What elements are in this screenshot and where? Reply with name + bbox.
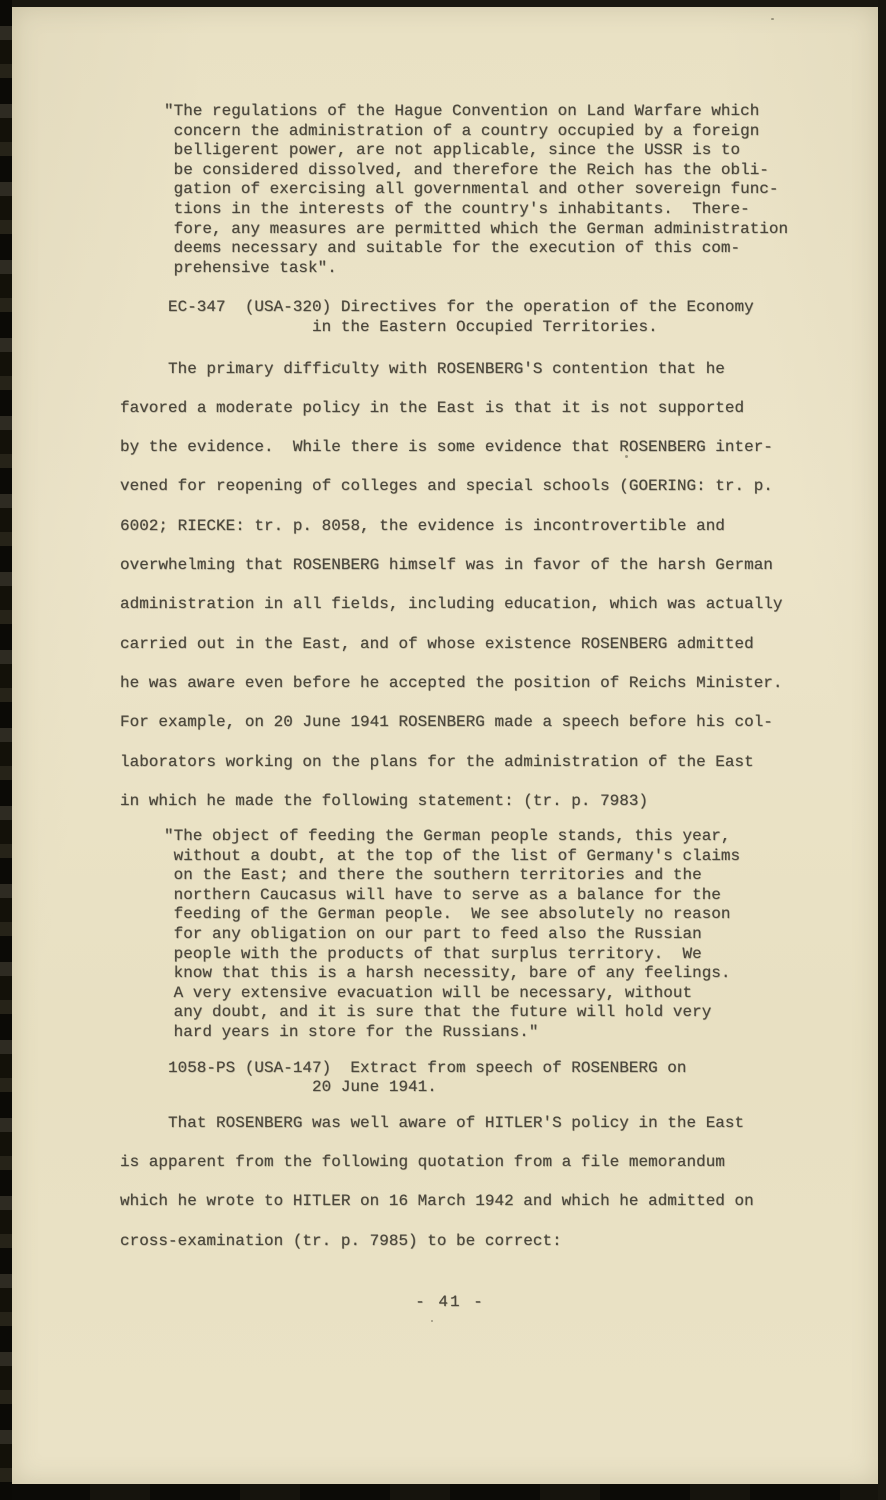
scan-edge-right [878, 0, 886, 1500]
scan-edge-top [0, 0, 886, 7]
rosenberg-speech-quote-line: feeding of the German people. We see abs… [164, 905, 810, 925]
rosenberg-speech-quote-line: know that this is a harsh necessity, bar… [164, 964, 810, 984]
hague-convention-quote-line: fore, any measures are permitted which t… [164, 220, 810, 240]
rosenberg-speech-quote-line: without a doubt, at the top of the list … [164, 847, 810, 867]
rosenberg-speech-quote-line: hard years in store for the Russians." [164, 1023, 810, 1043]
rosenberg-contention-paragraph-line: favored a moderate policy in the East is… [120, 389, 810, 428]
rosenberg-contention-paragraph-line: by the evidence. While there is some evi… [120, 428, 810, 467]
rosenberg-speech-quote-line: any doubt, and it is sure that the futur… [164, 1003, 810, 1023]
hague-convention-quote-line: tions in the interests of the country's … [164, 200, 810, 220]
typewritten-text-column: "The regulations of the Hague Convention… [120, 6, 810, 1313]
citation-ec-347-line: in the Eastern Occupied Territories. [168, 318, 810, 338]
hague-convention-quote: "The regulations of the Hague Convention… [164, 102, 810, 278]
citation-1058-ps-line: 1058-PS (USA-147) Extract from speech of… [168, 1059, 810, 1079]
rosenberg-contention-paragraph-line: The primary difficulty with ROSENBERG'S … [120, 350, 810, 389]
document-blocks: "The regulations of the Hague Convention… [120, 102, 810, 1261]
citation-ec-347-line: EC-347 (USA-320) Directives for the oper… [168, 298, 810, 318]
rosenberg-speech-quote: "The object of feeding the German people… [164, 827, 810, 1043]
citation-1058-ps: 1058-PS (USA-147) Extract from speech of… [168, 1059, 810, 1098]
rosenberg-contention-paragraph-line: administration in all fields, including … [120, 585, 810, 624]
rosenberg-contention-paragraph-line: laborators working on the plans for the … [120, 743, 810, 782]
scan-edge-left [0, 0, 12, 1500]
rosenberg-contention-paragraph-line: vened for reopening of colleges and spec… [120, 467, 810, 506]
hitler-policy-paragraph-line: which he wrote to HITLER on 16 March 194… [120, 1182, 810, 1221]
rosenberg-speech-quote-line: on the East; and there the southern terr… [164, 866, 810, 886]
document-page: "The regulations of the Hague Convention… [11, 6, 879, 1484]
scan-edge-bottom [0, 1484, 886, 1500]
hague-convention-quote-line: "The regulations of the Hague Convention… [164, 102, 810, 122]
rosenberg-contention-paragraph-line: For example, on 20 June 1941 ROSENBERG m… [120, 703, 810, 742]
hague-convention-quote-line: be considered dissolved, and therefore t… [164, 161, 810, 181]
paper-speck [431, 1320, 433, 1322]
rosenberg-speech-quote-line: "The object of feeding the German people… [164, 827, 810, 847]
rosenberg-contention-paragraph-line: carried out in the East, and of whose ex… [120, 625, 810, 664]
rosenberg-speech-quote-line: A very extensive evacuation will be nece… [164, 984, 810, 1004]
hitler-policy-paragraph-line: cross-examination (tr. p. 7985) to be co… [120, 1222, 810, 1261]
hague-convention-quote-line: concern the administration of a country … [164, 122, 810, 142]
rosenberg-contention-paragraph-line: in which he made the following statement… [120, 782, 810, 821]
citation-1058-ps-line: 20 June 1941. [168, 1078, 810, 1098]
rosenberg-contention-paragraph-line: he was aware even before he accepted the… [120, 664, 810, 703]
hague-convention-quote-line: belligerent power, are not applicable, s… [164, 141, 810, 161]
rosenberg-speech-quote-line: for any obligation on our part to feed a… [164, 925, 810, 945]
hague-convention-quote-line: gation of exercising all governmental an… [164, 180, 810, 200]
rosenberg-contention-paragraph-line: overwhelming that ROSENBERG himself was … [120, 546, 810, 585]
rosenberg-contention-paragraph-line: 6002; RIECKE: tr. p. 8058, the evidence … [120, 507, 810, 546]
rosenberg-speech-quote-line: people with the products of that surplus… [164, 945, 810, 965]
hitler-policy-paragraph-line: That ROSENBERG was well aware of HITLER'… [120, 1104, 810, 1143]
page-number: - 41 - [120, 1293, 780, 1313]
hitler-policy-paragraph: That ROSENBERG was well aware of HITLER'… [120, 1104, 810, 1261]
rosenberg-contention-paragraph: The primary difficulty with ROSENBERG'S … [120, 350, 810, 822]
hague-convention-quote-line: prehensive task". [164, 259, 810, 279]
rosenberg-speech-quote-line: northern Caucasus will have to serve as … [164, 886, 810, 906]
hague-convention-quote-line: deems necessary and suitable for the exe… [164, 239, 810, 259]
citation-ec-347: EC-347 (USA-320) Directives for the oper… [168, 298, 810, 337]
hitler-policy-paragraph-line: is apparent from the following quotation… [120, 1143, 810, 1182]
